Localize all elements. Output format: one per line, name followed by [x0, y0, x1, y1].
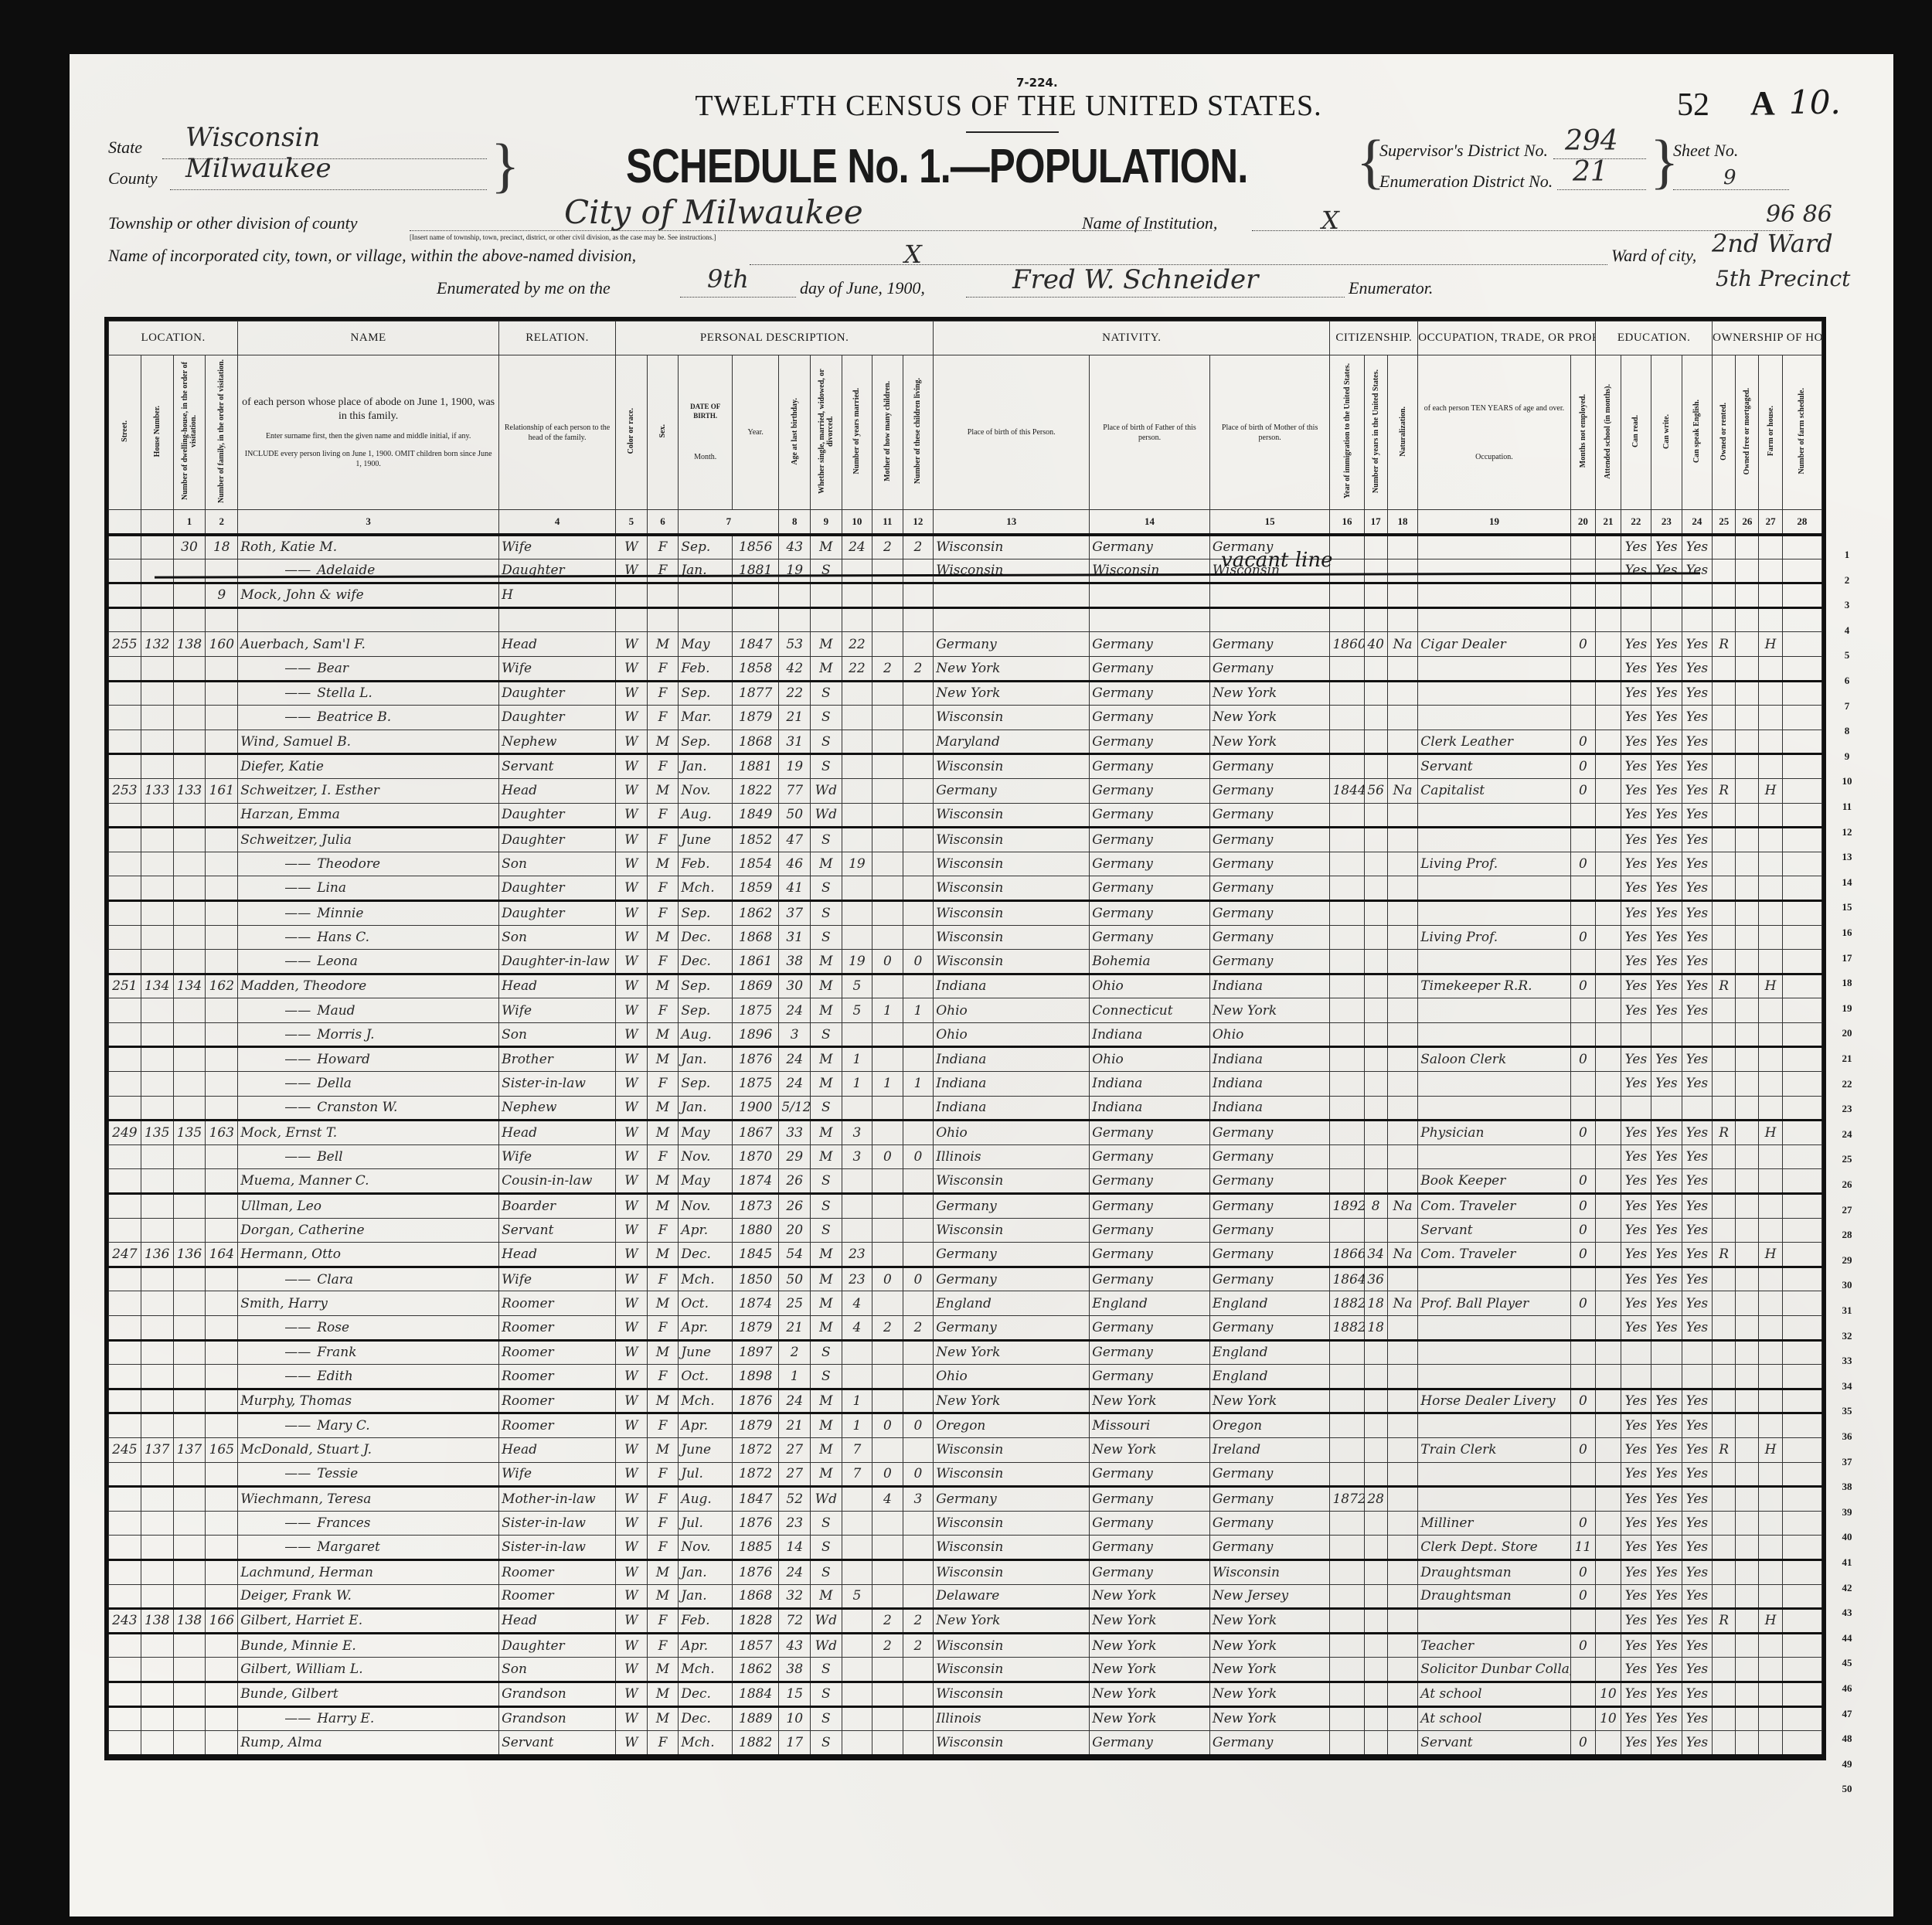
- immigration-year-cell: [1330, 950, 1364, 974]
- name-cell: Tessie: [238, 1462, 499, 1487]
- title-divider: [966, 131, 1059, 133]
- years-in-us-cell: 56: [1364, 778, 1387, 803]
- street-cell: [109, 1389, 141, 1413]
- can-speak-cell: Yes: [1682, 900, 1712, 925]
- street-cell: [109, 1194, 141, 1219]
- years-married-cell: 23: [842, 1267, 872, 1291]
- name-cell: Hermann, Otto: [238, 1243, 499, 1267]
- dwelling-number-cell: [173, 754, 206, 779]
- street-cell: [109, 1218, 141, 1243]
- years-in-us-cell: [1364, 1682, 1387, 1706]
- birth-year-cell: 1874: [733, 1291, 779, 1316]
- birth-year-cell: 1876: [733, 1559, 779, 1584]
- school-months-cell: 10: [1596, 1682, 1621, 1706]
- birthplace-father-cell: Germany: [1090, 632, 1210, 657]
- can-read-cell: Yes: [1621, 1462, 1651, 1487]
- name-cell: Rump, Alma: [238, 1731, 499, 1756]
- birthplace-mother-cell: Germany: [1209, 754, 1330, 779]
- school-months-cell: 10: [1596, 1706, 1621, 1731]
- street-cell: 243: [109, 1609, 141, 1634]
- name-cell: Gilbert, Harriet E.: [238, 1609, 499, 1634]
- birth-month-cell: Sep.: [679, 535, 733, 559]
- can-speak-cell: Yes: [1682, 852, 1712, 876]
- immigration-year-cell: [1330, 925, 1364, 950]
- birthplace-mother-cell: Germany: [1209, 803, 1330, 828]
- farm-house-cell: [1759, 1559, 1782, 1584]
- months-unemployed-cell: [1570, 876, 1596, 901]
- color-cell: W: [616, 632, 648, 657]
- months-unemployed-cell: [1570, 706, 1596, 730]
- relation-cell: Daughter: [499, 681, 616, 706]
- marital-status-cell: S: [811, 1511, 842, 1536]
- birthplace-mother-cell: New Jersey: [1209, 1584, 1330, 1609]
- birthplace-mother-cell: New York: [1209, 1682, 1330, 1706]
- name-cell: Maud: [238, 998, 499, 1023]
- school-months-cell: [1596, 1267, 1621, 1291]
- street-cell: [109, 559, 141, 583]
- col-birth-father: Place of birth of Father of this person.: [1090, 355, 1210, 510]
- can-speak-cell: Yes: [1682, 559, 1712, 583]
- free-mortgaged-cell: [1736, 876, 1759, 901]
- farm-schedule-cell: [1782, 1096, 1821, 1121]
- can-read-cell: Yes: [1621, 998, 1651, 1023]
- house-number-cell: [141, 1511, 173, 1536]
- can-read-cell: [1621, 583, 1651, 608]
- can-write-cell: Yes: [1651, 1658, 1682, 1682]
- immigration-year-cell: [1330, 974, 1364, 998]
- color-cell: W: [616, 1462, 648, 1487]
- birthplace-mother-cell: New York: [1209, 730, 1330, 754]
- farm-schedule-cell: [1782, 607, 1821, 632]
- school-months-cell: [1596, 1218, 1621, 1243]
- color-cell: W: [616, 1584, 648, 1609]
- column-number: 14: [1090, 510, 1210, 535]
- house-number-cell: [141, 1169, 173, 1194]
- name-cell: Roth, Katie M.: [238, 535, 499, 559]
- farm-schedule-cell: [1782, 925, 1821, 950]
- family-number-cell: [206, 1096, 238, 1121]
- street-cell: [109, 950, 141, 974]
- name-cell: Ullman, Leo: [238, 1194, 499, 1219]
- occupation-cell: [1418, 1144, 1570, 1169]
- sex-cell: F: [647, 1218, 679, 1243]
- column-number: 22: [1621, 510, 1651, 535]
- line-number: 48: [1835, 1733, 1859, 1745]
- farm-house-cell: [1759, 1194, 1782, 1219]
- months-unemployed-cell: [1570, 803, 1596, 828]
- farm-schedule-cell: [1782, 1389, 1821, 1413]
- house-number-cell: [141, 1365, 173, 1389]
- age-cell: 3: [779, 1022, 811, 1047]
- owned-rented-cell: [1713, 876, 1736, 901]
- years-married-cell: 7: [842, 1437, 872, 1462]
- naturalization-cell: Na: [1387, 1194, 1418, 1219]
- birthplace-father-cell: Germany: [1090, 1462, 1210, 1487]
- occupation-cell: [1418, 998, 1570, 1023]
- occupation-cell: Saloon Clerk: [1418, 1047, 1570, 1072]
- can-write-cell: Yes: [1651, 1559, 1682, 1584]
- can-speak-cell: Yes: [1682, 1609, 1712, 1634]
- occupation-cell: Horse Dealer Livery: [1418, 1389, 1570, 1413]
- line-number: 7: [1835, 700, 1859, 713]
- naturalization-cell: [1387, 1559, 1418, 1584]
- family-number-cell: [206, 1169, 238, 1194]
- age-cell: 30: [779, 974, 811, 998]
- dwelling-number-cell: [173, 1218, 206, 1243]
- house-number-cell: [141, 900, 173, 925]
- naturalization-cell: [1387, 1316, 1418, 1341]
- free-mortgaged-cell: [1736, 1437, 1759, 1462]
- naturalization-cell: [1387, 1121, 1418, 1145]
- sex-cell: F: [647, 1731, 679, 1756]
- relation-cell: Daughter: [499, 1633, 616, 1658]
- birth-month-cell: June: [679, 1437, 733, 1462]
- free-mortgaged-cell: [1736, 1609, 1759, 1634]
- header-name: NAME: [238, 321, 499, 355]
- occupation-cell: Prof. Ball Player: [1418, 1291, 1570, 1316]
- line-number: 35: [1835, 1405, 1859, 1417]
- years-in-us-cell: 36: [1364, 1267, 1387, 1291]
- can-read-cell: Yes: [1621, 656, 1651, 681]
- color-cell: W: [616, 1218, 648, 1243]
- months-unemployed-cell: [1570, 583, 1596, 608]
- marital-status-cell: [811, 607, 842, 632]
- house-number-cell: [141, 998, 173, 1023]
- can-write-cell: Yes: [1651, 1243, 1682, 1267]
- free-mortgaged-cell: [1736, 1584, 1759, 1609]
- birthplace-mother-cell: Germany: [1209, 1487, 1330, 1512]
- school-months-cell: [1596, 559, 1621, 583]
- birthplace-person-cell: Wisconsin: [934, 1536, 1090, 1560]
- birth-year-cell: 1857: [733, 1633, 779, 1658]
- line-number: 24: [1835, 1128, 1859, 1141]
- birth-year-cell: 1875: [733, 1072, 779, 1097]
- marital-status-cell: M: [811, 1072, 842, 1097]
- can-speak-cell: Yes: [1682, 1218, 1712, 1243]
- birthplace-father-cell: [1090, 583, 1210, 608]
- name-cell: [238, 607, 499, 632]
- birthplace-mother-cell: New York: [1209, 1633, 1330, 1658]
- mother-of-cell: 0: [872, 1267, 903, 1291]
- birthplace-father-cell: Wisconsin: [1090, 559, 1210, 583]
- months-unemployed-cell: [1570, 1658, 1596, 1682]
- birthplace-mother-cell: Wisconsin: [1209, 1559, 1330, 1584]
- birth-year-cell: 1872: [733, 1437, 779, 1462]
- months-unemployed-cell: 0: [1570, 1243, 1596, 1267]
- name-cell: Howard: [238, 1047, 499, 1072]
- school-months-cell: [1596, 1291, 1621, 1316]
- can-speak-cell: Yes: [1682, 1462, 1712, 1487]
- birthplace-person-cell: [934, 607, 1090, 632]
- census-row: BellWifeWFNov.187029M300IllinoisGermanyG…: [109, 1144, 1822, 1169]
- immigration-year-cell: [1330, 656, 1364, 681]
- can-read-cell: Yes: [1621, 1389, 1651, 1413]
- dwelling-number-cell: 135: [173, 1121, 206, 1145]
- sex-cell: M: [647, 852, 679, 876]
- farm-schedule-cell: [1782, 1462, 1821, 1487]
- can-read-cell: Yes: [1621, 1511, 1651, 1536]
- marital-status-cell: M: [811, 1047, 842, 1072]
- birthplace-father-cell: Germany: [1090, 925, 1210, 950]
- school-months-cell: [1596, 1194, 1621, 1219]
- incorporated-label: Name of incorporated city, town, or vill…: [108, 246, 636, 266]
- owned-rented-cell: R: [1713, 1243, 1736, 1267]
- months-unemployed-cell: 0: [1570, 1169, 1596, 1194]
- can-read-cell: Yes: [1621, 535, 1651, 559]
- occupation-cell: [1418, 559, 1570, 583]
- years-married-cell: [842, 1096, 872, 1121]
- owned-rented-cell: [1713, 1144, 1736, 1169]
- marital-status-cell: S: [811, 900, 842, 925]
- birthplace-father-cell: Germany: [1090, 1340, 1210, 1365]
- column-number: 27: [1759, 510, 1782, 535]
- children-living-cell: [903, 1096, 934, 1121]
- months-unemployed-cell: [1570, 1706, 1596, 1731]
- farm-house-cell: [1759, 1316, 1782, 1341]
- farm-house-cell: [1759, 1389, 1782, 1413]
- margin-code: 96 86: [1766, 201, 1832, 228]
- marital-status-cell: M: [811, 1437, 842, 1462]
- can-read-cell: Yes: [1621, 925, 1651, 950]
- can-read-cell: Yes: [1621, 1316, 1651, 1341]
- dwelling-number-cell: [173, 876, 206, 901]
- dwelling-number-cell: 138: [173, 632, 206, 657]
- birthplace-father-cell: England: [1090, 1291, 1210, 1316]
- years-in-us-cell: [1364, 1340, 1387, 1365]
- can-speak-cell: Yes: [1682, 828, 1712, 852]
- farm-house-cell: [1759, 754, 1782, 779]
- immigration-year-cell: [1330, 1413, 1364, 1438]
- birth-year-cell: 1850: [733, 1267, 779, 1291]
- birthplace-person-cell: Wisconsin: [934, 950, 1090, 974]
- sex-cell: F: [647, 681, 679, 706]
- street-cell: [109, 706, 141, 730]
- can-read-cell: [1621, 1365, 1651, 1389]
- family-number-cell: [206, 706, 238, 730]
- birthplace-person-cell: Germany: [934, 1316, 1090, 1341]
- relation-cell: Cousin-in-law: [499, 1169, 616, 1194]
- birth-month-cell: Jan.: [679, 754, 733, 779]
- can-write-cell: Yes: [1651, 1706, 1682, 1731]
- occupation-cell: Physician: [1418, 1121, 1570, 1145]
- birth-year-cell: [733, 583, 779, 608]
- can-write-cell: Yes: [1651, 632, 1682, 657]
- birth-year-cell: 1881: [733, 559, 779, 583]
- free-mortgaged-cell: [1736, 754, 1759, 779]
- owned-rented-cell: [1713, 803, 1736, 828]
- name-cell: Della: [238, 1072, 499, 1097]
- line-number: 23: [1835, 1103, 1859, 1115]
- birth-month-cell: Sep.: [679, 1072, 733, 1097]
- children-living-cell: [903, 1658, 934, 1682]
- can-write-cell: [1651, 1022, 1682, 1047]
- line-number: 32: [1835, 1330, 1859, 1342]
- immigration-year-cell: 1844: [1330, 778, 1364, 803]
- naturalization-cell: [1387, 1682, 1418, 1706]
- sex-cell: M: [647, 1243, 679, 1267]
- birth-year-cell: 1859: [733, 876, 779, 901]
- township-note: [Insert name of township, town, precinct…: [410, 233, 716, 241]
- dwelling-number-cell: 137: [173, 1437, 206, 1462]
- family-number-cell: [206, 803, 238, 828]
- years-in-us-cell: [1364, 1511, 1387, 1536]
- mother-of-cell: [872, 754, 903, 779]
- farm-house-cell: H: [1759, 778, 1782, 803]
- birth-year-cell: 1900: [733, 1096, 779, 1121]
- free-mortgaged-cell: [1736, 681, 1759, 706]
- immigration-year-cell: [1330, 1706, 1364, 1731]
- col-can-speak: Can speak English.: [1682, 355, 1712, 510]
- can-speak-cell: Yes: [1682, 730, 1712, 754]
- naturalization-cell: [1387, 828, 1418, 852]
- col-street: Street.: [109, 355, 141, 510]
- school-months-cell: [1596, 1365, 1621, 1389]
- census-row: Smith, HarryRoomerWMOct.187425M4EnglandE…: [109, 1291, 1822, 1316]
- relation-cell: Head: [499, 974, 616, 998]
- birth-month-cell: Jan.: [679, 1559, 733, 1584]
- family-number-cell: [206, 1389, 238, 1413]
- enumerated-label: Enumerated by me on the: [437, 278, 611, 298]
- school-months-cell: [1596, 1633, 1621, 1658]
- birthplace-mother-cell: Ireland: [1209, 1437, 1330, 1462]
- house-number-cell: 133: [141, 778, 173, 803]
- dwelling-number-cell: 30: [173, 535, 206, 559]
- family-number-cell: [206, 1194, 238, 1219]
- marital-status-cell: S: [811, 730, 842, 754]
- months-unemployed-cell: [1570, 656, 1596, 681]
- years-married-cell: [842, 925, 872, 950]
- children-living-cell: [903, 1584, 934, 1609]
- census-row: ClaraWifeWFMch.185050M2300GermanyGermany…: [109, 1267, 1822, 1291]
- birthplace-father-cell: Missouri: [1090, 1413, 1210, 1438]
- name-cell: Harry E.: [238, 1706, 499, 1731]
- farm-house-cell: [1759, 1731, 1782, 1756]
- birthplace-person-cell: Wisconsin: [934, 1731, 1090, 1756]
- marital-status-cell: M: [811, 1121, 842, 1145]
- free-mortgaged-cell: [1736, 1096, 1759, 1121]
- can-read-cell: Yes: [1621, 1121, 1651, 1145]
- census-row: Bunde, Minnie E.DaughterWFApr.185743Wd22…: [109, 1633, 1822, 1658]
- can-speak-cell: Yes: [1682, 1267, 1712, 1291]
- owned-rented-cell: [1713, 559, 1736, 583]
- census-rows: 3018Roth, Katie M.WifeWFSep.185643M2422W…: [109, 535, 1822, 1756]
- can-speak-cell: Yes: [1682, 998, 1712, 1023]
- years-in-us-cell: [1364, 876, 1387, 901]
- immigration-year-cell: 1882: [1330, 1291, 1364, 1316]
- birthplace-person-cell: Wisconsin: [934, 1169, 1090, 1194]
- house-number-cell: [141, 828, 173, 852]
- dwelling-number-cell: [173, 828, 206, 852]
- can-read-cell: Yes: [1621, 1218, 1651, 1243]
- can-write-cell: Yes: [1651, 1267, 1682, 1291]
- relation-cell: Nephew: [499, 730, 616, 754]
- line-number: 26: [1835, 1178, 1859, 1191]
- years-married-cell: [842, 1633, 872, 1658]
- supervisor-value: 294: [1565, 125, 1618, 157]
- marital-status-cell: M: [811, 1584, 842, 1609]
- age-cell: 10: [779, 1706, 811, 1731]
- census-row: 3018Roth, Katie M.WifeWFSep.185643M2422W…: [109, 535, 1822, 559]
- street-cell: [109, 656, 141, 681]
- birthplace-person-cell: Wisconsin: [934, 1437, 1090, 1462]
- can-speak-cell: Yes: [1682, 1511, 1712, 1536]
- can-write-cell: Yes: [1651, 778, 1682, 803]
- column-number: 20: [1570, 510, 1596, 535]
- free-mortgaged-cell: [1736, 1365, 1759, 1389]
- age-cell: 31: [779, 925, 811, 950]
- occupation-cell: [1418, 1365, 1570, 1389]
- occupation-cell: Draughtsman: [1418, 1584, 1570, 1609]
- birthplace-father-cell: New York: [1090, 1633, 1210, 1658]
- birthplace-person-cell: Oregon: [934, 1413, 1090, 1438]
- farm-house-cell: [1759, 1291, 1782, 1316]
- street-cell: [109, 998, 141, 1023]
- header-location: LOCATION.: [109, 321, 238, 355]
- column-number: 26: [1736, 510, 1759, 535]
- years-married-cell: 19: [842, 950, 872, 974]
- birth-month-cell: Sep.: [679, 998, 733, 1023]
- sheet-label: Sheet No.: [1673, 141, 1738, 161]
- column-number: 16: [1330, 510, 1364, 535]
- birthplace-person-cell: Wisconsin: [934, 803, 1090, 828]
- name-cell: Mock, Ernst T.: [238, 1121, 499, 1145]
- owned-rented-cell: [1713, 1559, 1736, 1584]
- township-label: Township or other division of county: [108, 213, 357, 233]
- birthplace-person-cell: Wisconsin: [934, 1511, 1090, 1536]
- naturalization-cell: [1387, 1437, 1418, 1462]
- can-read-cell: Yes: [1621, 1144, 1651, 1169]
- birthplace-person-cell: Ohio: [934, 998, 1090, 1023]
- children-living-cell: 1: [903, 1072, 934, 1097]
- line-number: 4: [1835, 624, 1859, 637]
- can-write-cell: Yes: [1651, 1487, 1682, 1512]
- relation-cell: Servant: [499, 1731, 616, 1756]
- line-number: 42: [1835, 1582, 1859, 1594]
- dwelling-number-cell: [173, 1047, 206, 1072]
- sex-cell: M: [647, 1682, 679, 1706]
- immigration-year-cell: [1330, 1536, 1364, 1560]
- house-number-cell: [141, 1413, 173, 1438]
- street-cell: [109, 1022, 141, 1047]
- age-cell: 77: [779, 778, 811, 803]
- free-mortgaged-cell: [1736, 607, 1759, 632]
- census-title: TWELFTH CENSUS OF THE UNITED STATES.: [564, 89, 1453, 123]
- col-marital: Whether single, married, widowed, or div…: [811, 355, 842, 510]
- house-number-cell: [141, 1658, 173, 1682]
- marital-status-cell: Wd: [811, 803, 842, 828]
- birthplace-mother-cell: Germany: [1209, 632, 1330, 657]
- years-married-cell: 5: [842, 974, 872, 998]
- birthplace-mother-cell: New York: [1209, 1389, 1330, 1413]
- street-cell: [109, 876, 141, 901]
- street-cell: [109, 828, 141, 852]
- farm-schedule-cell: [1782, 1437, 1821, 1462]
- years-in-us-cell: [1364, 583, 1387, 608]
- marital-status-cell: S: [811, 1559, 842, 1584]
- color-cell: W: [616, 1487, 648, 1512]
- occupation-cell: [1418, 1072, 1570, 1097]
- name-cell: Bunde, Gilbert: [238, 1682, 499, 1706]
- farm-schedule-cell: [1782, 1559, 1821, 1584]
- children-living-cell: 3: [903, 1487, 934, 1512]
- census-row: MaudWifeWFSep.187524M511OhioConnecticutN…: [109, 998, 1822, 1023]
- years-married-cell: [842, 1022, 872, 1047]
- occupation-cell: At school: [1418, 1706, 1570, 1731]
- owned-rented-cell: [1713, 1291, 1736, 1316]
- occupation-cell: [1418, 583, 1570, 608]
- birthplace-mother-cell: Ohio: [1209, 1022, 1330, 1047]
- naturalization-cell: [1387, 754, 1418, 779]
